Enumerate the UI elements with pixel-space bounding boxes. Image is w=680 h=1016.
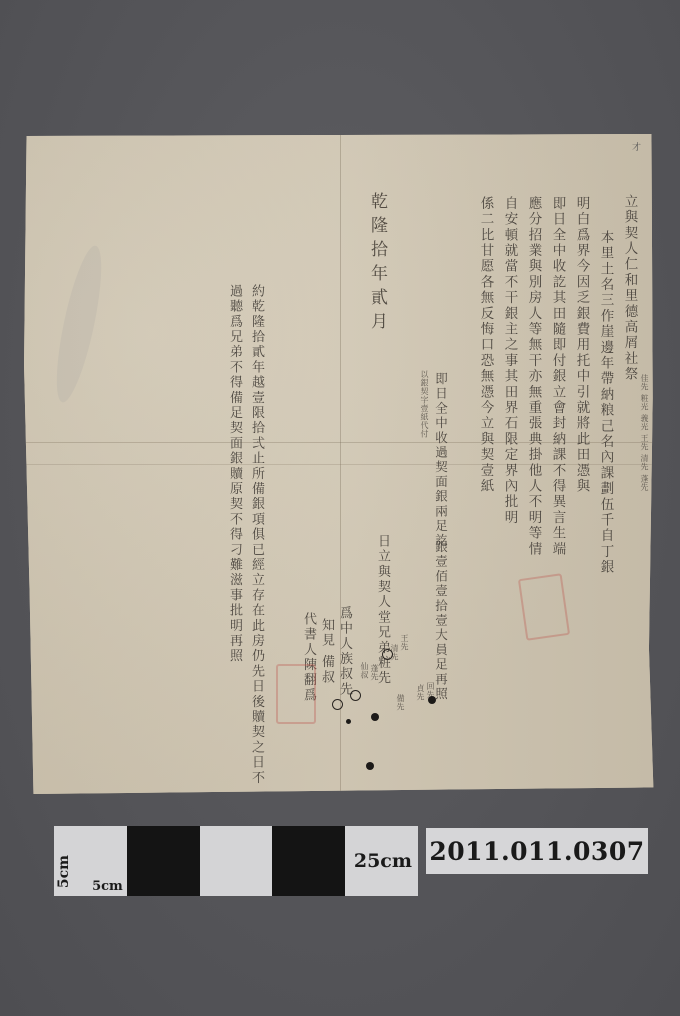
paper-stain: [48, 243, 111, 406]
accession-number-label: 2011.011.0307: [426, 828, 648, 874]
contract-paper: 才 立與契人仁和里德高屑社祭 本里土名三作崖邊年帶納粮己名內課劃伍千自丁銀 明白…: [24, 134, 654, 794]
signature-reviewer: 知見 備叔: [320, 618, 333, 685]
text-column: 即日全中收訖其田隨即付銀立會封納課不得異言生端: [550, 196, 564, 557]
ink-mark: [346, 719, 351, 724]
scale-segment-black: [272, 826, 345, 896]
ink-mark: [371, 713, 379, 721]
scale-segment-white: 25cm: [345, 826, 418, 896]
signature-witness: 爲中人族叔先: [338, 606, 351, 697]
red-seal: [518, 573, 570, 641]
received-line: 即日全中收過契面銀兩足訖: [434, 372, 447, 548]
signer-name: 備先: [396, 694, 404, 711]
ink-mark: [366, 762, 374, 770]
color-scale-bar: 5cm 5cm 25cm: [54, 826, 418, 896]
scale-segment-white: 5cm 5cm: [54, 826, 127, 896]
text-column: 立與契人仁和里德高屑社祭: [622, 194, 636, 382]
signer-name: 蓬先: [370, 664, 378, 681]
seal-ring-mark: [350, 690, 361, 701]
scale-label-total: 25cm: [354, 850, 412, 872]
text-column: 自安頓就當不干銀主之事其田界石限定界內批明: [502, 196, 516, 526]
seal-ring-mark: [382, 649, 393, 660]
text-column: 係二比甘愿各無反悔口恐無憑今立與契壹紙: [478, 196, 492, 494]
left-note-column: 約乾隆拾貳年越壹限拾弍止所備銀項俱已經立存在此房仍先日後贖契之日不: [250, 284, 263, 786]
red-seal: [276, 664, 316, 724]
scale-label-vertical: 5cm: [56, 855, 72, 888]
scale-segment-white: [200, 826, 273, 896]
scale-segment-black: [127, 826, 200, 896]
received-line-2: 銀壹佰壹拾壹大員足再照: [434, 540, 447, 702]
scale-label-horizontal: 5cm: [92, 879, 123, 894]
ink-mark: [428, 696, 436, 704]
middle-note: 以銀契字壹紙代付: [420, 370, 428, 438]
page-mark: 才: [632, 140, 641, 153]
text-column: 應分招業與別房人等無干亦無重張典掛他人不明等情: [526, 196, 540, 557]
text-column: 明白爲界今因乏銀費用托中引就將此田憑與: [574, 196, 588, 494]
signer-name: 仙叔: [360, 662, 368, 679]
seal-ring-mark: [332, 699, 343, 710]
text-column: 本里土名三作崖邊年帶納粮己名內課劃伍千自丁銀: [598, 230, 612, 575]
signer-name: 王先: [400, 634, 408, 651]
signer-names-note: 佳先 粧光 義光 王先 清先 蓬先: [640, 374, 648, 491]
left-note-column: 過聽爲兄弟不得備足契面銀贖原契不得刁難滋事批明再照: [228, 284, 241, 664]
date-line: 乾隆拾年貳月: [368, 192, 385, 336]
signer-name: 貞先: [416, 684, 424, 701]
